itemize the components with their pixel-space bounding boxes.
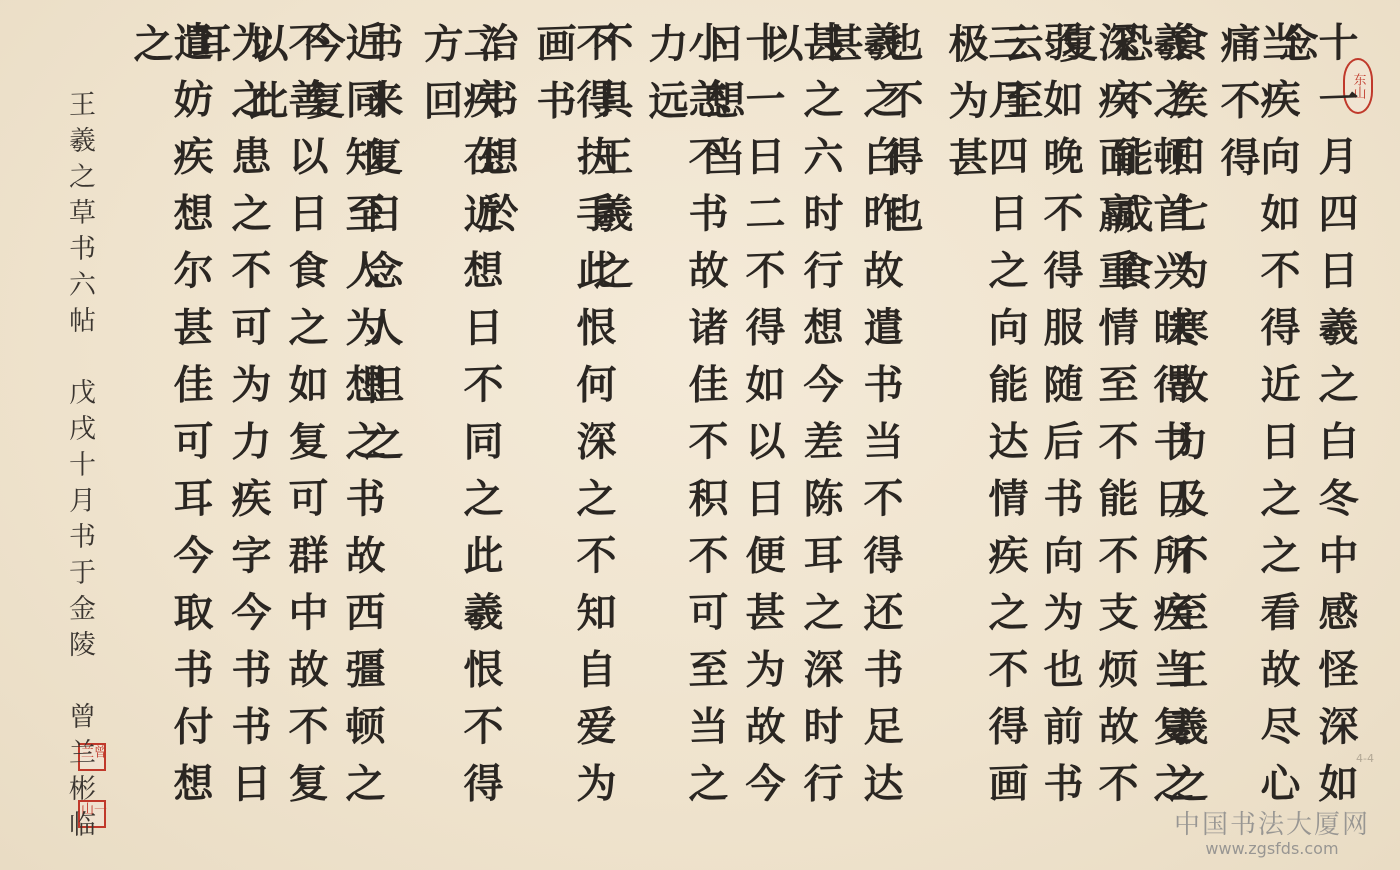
artist-inscription: 王羲之草书六帖 戊戌十月书于金陵 曾兰彬临 <box>66 90 93 847</box>
calligraphy-column: 二疾在近想日不同之此羲恨不得方回 <box>420 21 500 870</box>
calligraphy-column: 遣妨疾想尔甚佳可耳今取书付想之 <box>130 21 210 870</box>
calligraphy-column: 当疾向如不得近日之之看故尽心痛不得 <box>1217 21 1297 870</box>
calligraphy-paper: 东山 曾兰 一山 4-4 中国书法大厦网 www.zgsfds.com 十一月四… <box>0 0 1400 870</box>
calligraphy-column: 小恙不书故诸佳不积不可至当之力远 <box>645 21 725 870</box>
calligraphy-column: 不得执手此恨何深之不知自爱为画书 <box>533 21 613 870</box>
calligraphy-column: 三月四日之向能达情疾之不得画极为甚 <box>945 21 1025 870</box>
